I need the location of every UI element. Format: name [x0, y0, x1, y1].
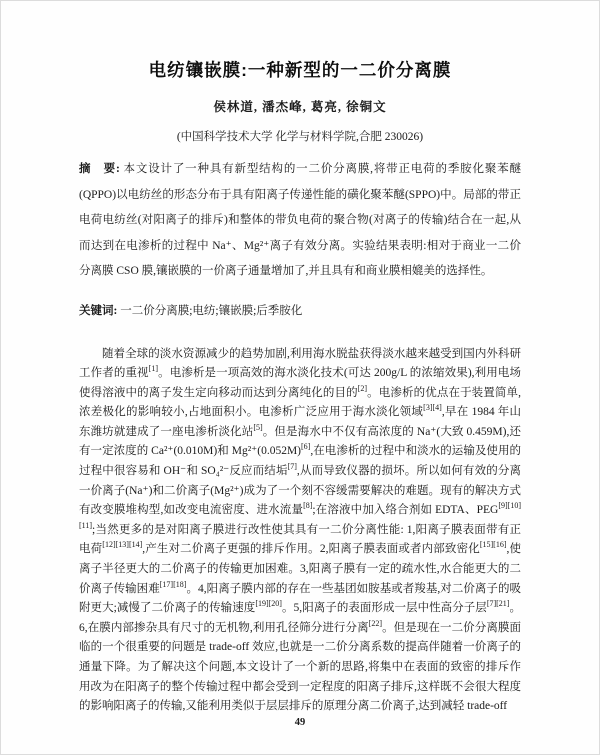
abstract-paragraph: 摘 要: 本文设计了一种具有新型结构的一二价分离膜,将带正电荷的季胺化聚苯醚(Q… — [79, 157, 521, 285]
paper-authors: 侯林道, 潘杰峰, 葛亮, 徐铜文 — [79, 97, 521, 115]
abstract-label: 摘 要: — [79, 163, 124, 175]
paper-affiliation: (中国科学技术大学 化学与材料学院,合肥 230026) — [79, 128, 521, 144]
keywords-text: 一二价分离膜;电纺;镶嵌膜;后季胺化 — [120, 305, 302, 317]
document-page: 电纺镶嵌膜:一种新型的一二价分离膜 侯林道, 潘杰峰, 葛亮, 徐铜文 (中国科… — [0, 0, 600, 755]
body-paragraph: 随着全球的淡水资源减少的趋势加剧,利用海水脱盐获得淡水越来越受到国内外科研工作者… — [79, 345, 521, 717]
keywords-line: 关键词: 一二价分离膜;电纺;镶嵌膜;后季胺化 — [79, 301, 521, 321]
paper-title: 电纺镶嵌膜:一种新型的一二价分离膜 — [79, 1, 521, 82]
keywords-label: 关键词: — [79, 305, 120, 317]
page-number: 49 — [1, 717, 599, 728]
page-content: 电纺镶嵌膜:一种新型的一二价分离膜 侯林道, 潘杰峰, 葛亮, 徐铜文 (中国科… — [79, 1, 521, 717]
abstract-text: 本文设计了一种具有新型结构的一二价分离膜,将带正电荷的季胺化聚苯醚(QPPO)以… — [79, 163, 521, 277]
